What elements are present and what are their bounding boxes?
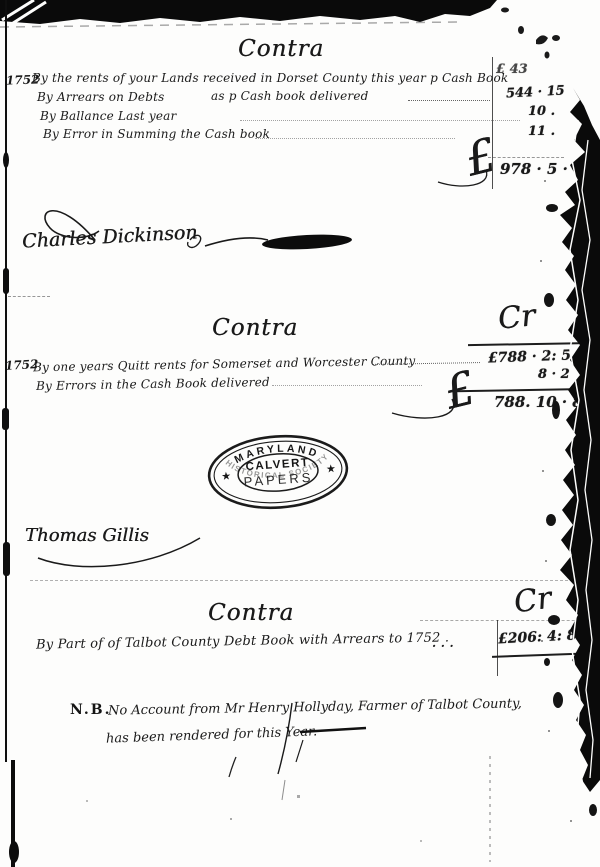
ink-blot	[262, 233, 353, 252]
pound-swash	[438, 170, 487, 186]
stray-stroke	[282, 780, 285, 800]
pound-swash	[392, 399, 454, 418]
note-flourish-tick	[296, 740, 303, 762]
signature2-swash	[38, 538, 200, 567]
note-flourish-slash	[278, 703, 292, 774]
blot-tail	[205, 238, 268, 246]
ink-flourishes	[0, 0, 600, 867]
signature1-flourish	[45, 211, 99, 240]
stray-stroke	[229, 757, 236, 777]
manuscript-page: Contra 1752 By the rents of your Lands r…	[0, 0, 600, 867]
signature1-curl	[188, 235, 201, 247]
note-flourish-dash	[300, 728, 366, 732]
